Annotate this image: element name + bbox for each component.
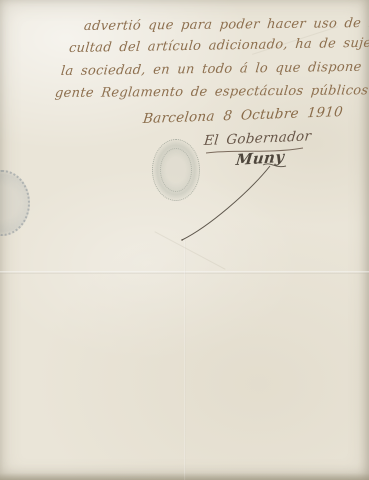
oval-seal-inner-ring xyxy=(160,148,192,192)
signature: Muny xyxy=(235,148,285,170)
document-page: advertió que para poder hacer uso de la … xyxy=(0,0,369,480)
scan-edge-shadow xyxy=(0,473,369,480)
diagonal-crease xyxy=(154,231,225,269)
body-line-4: gente Reglamento de espectáculos público… xyxy=(54,83,369,101)
body-line-2: cultad del artículo adicionado, ha de su… xyxy=(68,35,369,56)
signer-title: El Gobernador xyxy=(203,128,312,149)
body-line-1: advertió que para poder hacer uso de la … xyxy=(83,16,369,34)
dateline: Barcelona 8 Octubre 1910 xyxy=(142,104,344,127)
oval-seal-icon xyxy=(152,139,200,201)
vertical-fold-crease xyxy=(184,240,186,480)
edge-stamp-icon xyxy=(0,170,30,236)
body-line-3: la sociedad, en un todo á lo que dispone… xyxy=(60,59,369,79)
